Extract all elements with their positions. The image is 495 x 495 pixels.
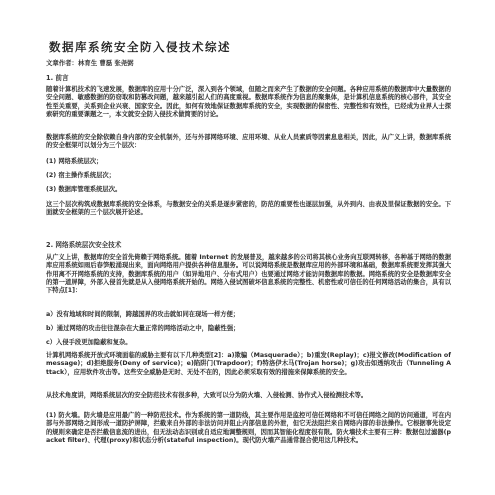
- threats-paragraph: 计算机网络系统开放式环境面临的威胁主要有以下几种类型[2]：a)欺骗（Masqu…: [46, 352, 451, 377]
- section-heading-network: 2. 网络系统层次安全技术: [46, 239, 121, 249]
- list-item: (2) 宿主操作系统层次；: [46, 170, 115, 179]
- section-heading-intro: 1. 前言: [46, 72, 69, 82]
- list-item: c）入侵手段更加隐蔽和复杂。: [46, 337, 132, 346]
- author-line: 文章作者：林育生 曹磊 张尧弼: [46, 58, 134, 67]
- document-title: 数据库系统安全防入侵技术综述: [49, 39, 231, 55]
- list-item: (1) 网络系统层次；: [46, 156, 102, 165]
- firewall-paragraph: (1) 防火墙。防火墙是应用最广的一种防范技术。作为系统的第一道防线，其主要作用…: [46, 412, 451, 445]
- intro-paragraph-1: 随着计算机技术的飞速发展，数据库的应用十分广泛，深入到各个领域，但随之而来产生了…: [46, 86, 451, 119]
- intro-closing-paragraph: 这三个层次构筑成数据库系统的安全体系，与数据安全的关系是逐步紧密的，防范的重要性…: [46, 201, 451, 218]
- intro-paragraph-2: 数据库系统的安全除依赖自身内部的安全机制外，还与外部网络环境、应用环境、从业人员…: [46, 134, 451, 151]
- list-item: (3) 数据库管理系统层次。: [46, 184, 121, 193]
- list-item: b）通过网络的攻击往往混杂在大量正常的网络活动之中，隐蔽性强；: [46, 323, 239, 332]
- network-paragraph-1: 从广义上讲，数据库的安全首先倚赖于网络系统。随着 Internet 的发展普及，…: [46, 254, 451, 295]
- document-page: 数据库系统安全防入侵技术综述 文章作者：林育生 曹磊 张尧弼 1. 前言 随着计…: [0, 0, 495, 495]
- list-item: a）没有地域和时间的限制，跨越国界的攻击就如同在现场一样方便；: [46, 309, 239, 318]
- techniques-paragraph: 从技术角度讲，网络系统层次的安全防范技术有很多种，大致可以分为防火墙、入侵检测、…: [46, 392, 451, 400]
